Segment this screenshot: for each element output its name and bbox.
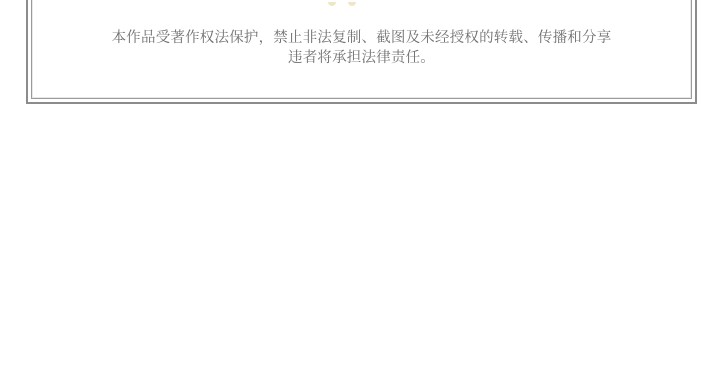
copyright-notice-line-2: 违者将承担法律责任。 <box>28 48 695 68</box>
ornament-left-icon <box>328 2 336 6</box>
copyright-frame: 本作品受著作权法保护，禁止非法复制、截图及未经授权的转载、传播和分享 违者将承担… <box>26 0 697 104</box>
blank-page-area <box>0 110 720 368</box>
copyright-notice-line-1: 本作品受著作权法保护，禁止非法复制、截图及未经授权的转载、传播和分享 <box>28 28 695 48</box>
copyright-notice: 本作品受著作权法保护，禁止非法复制、截图及未经授权的转载、传播和分享 违者将承担… <box>28 28 695 68</box>
ornament-right-icon <box>348 2 356 6</box>
ornament-icon <box>326 2 360 8</box>
